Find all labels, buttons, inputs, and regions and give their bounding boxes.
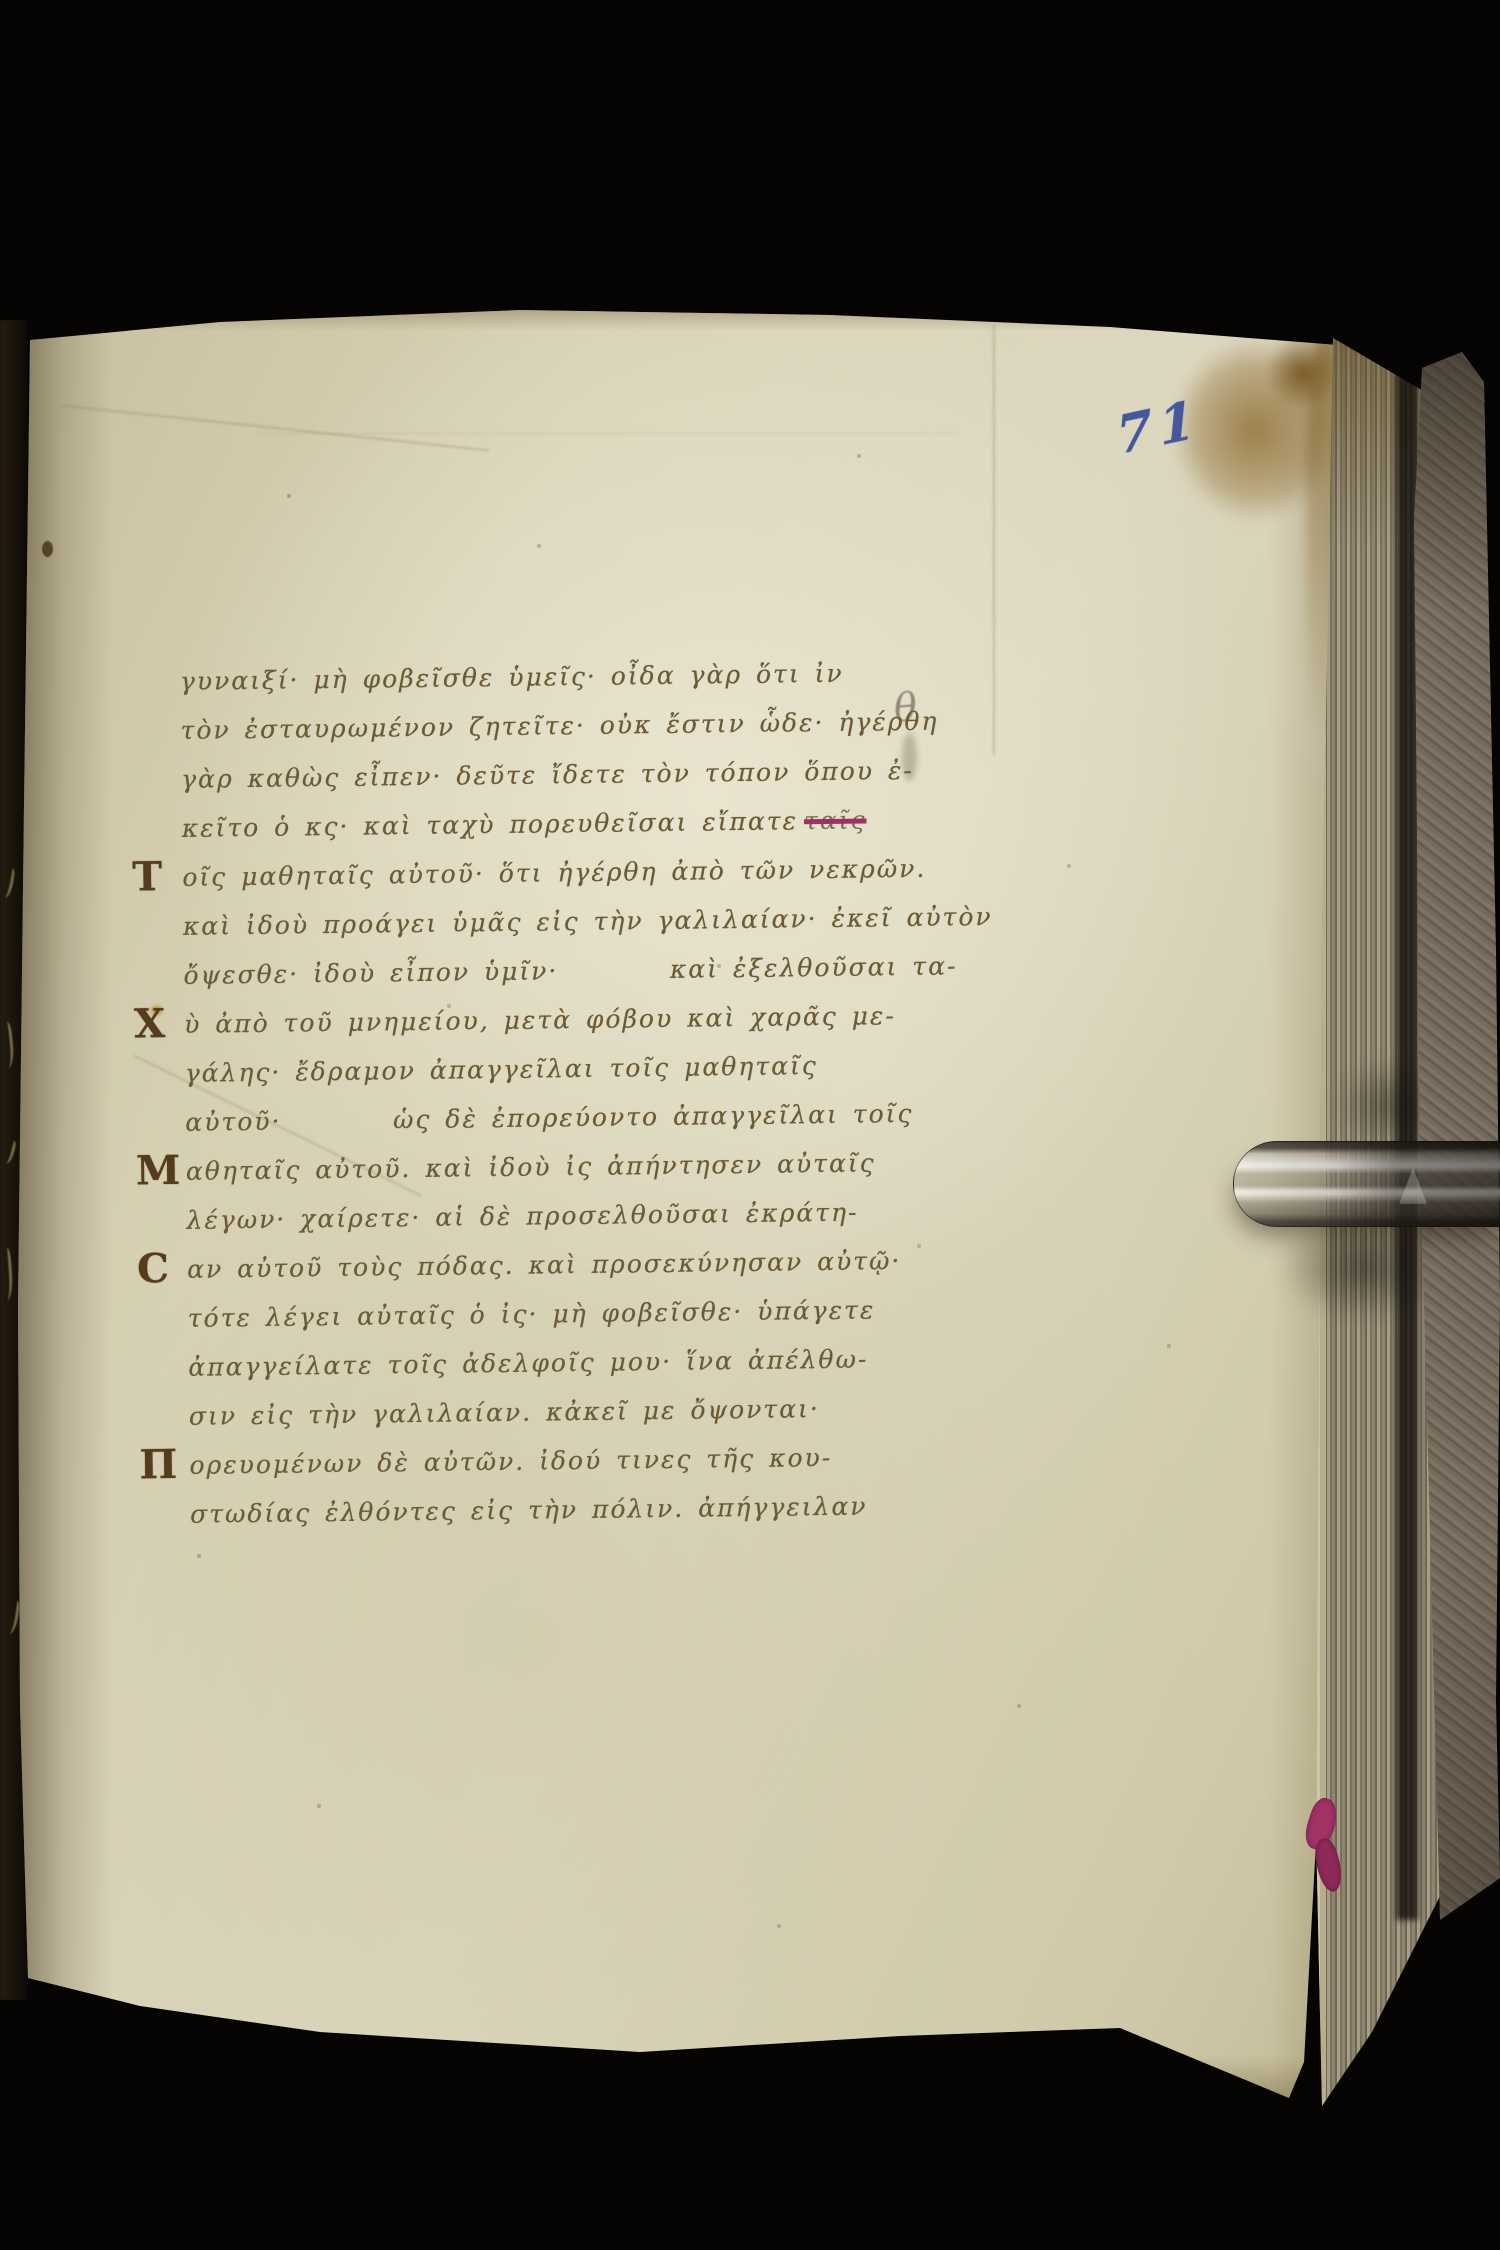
glass-reflection: [1399, 1168, 1427, 1204]
ruling-line: [258, 433, 958, 434]
glass-page-weight: [1233, 1141, 1500, 1227]
manuscript-text-block: γυναιξί· μὴ φοβεῖσθε ὑμεῖς· οἶδα γὰρ ὅτι…: [180, 647, 981, 1539]
line-text: οῖς μαθηταῖς αὐτοῦ· ὅτι ἠγέρθη ἀπὸ τῶν ν…: [182, 854, 926, 892]
line-initial: Μ: [136, 1149, 183, 1194]
binding-groove: [1396, 360, 1418, 1920]
parchment-crease: [61, 405, 489, 452]
line-text: λέγων· χαίρετε· αἱ δὲ προσελθοῦσαι ἐκράτ…: [186, 1198, 858, 1235]
line-text: ορευομένων δὲ αὐτῶν. ἰδού τινες τῆς κου-: [189, 1443, 832, 1480]
line-text: γυναιξί· μὴ φοβεῖσθε ὑμεῖς· οἶδα γὰρ ὅτι…: [180, 659, 844, 696]
photograph-black-background: 71 θ γυναιξί· μὴ φοβεῖσθε ὑμεῖς· οἶδα γὰ…: [0, 0, 1500, 2250]
line-text: ὺ ἀπὸ τοῦ μνημείου, μετὰ φόβου καὶ χαρᾶς…: [184, 1001, 896, 1039]
dark-spot: [42, 541, 53, 557]
line-initial: Ϲ: [137, 1247, 171, 1291]
line-initial: Τ: [132, 855, 164, 899]
line-text: ὄψεσθε· ἰδοὺ εἶπον ὑμῖν· καὶ ἐξελθοῦσαι …: [183, 951, 957, 989]
struck-word: ταῖς: [804, 805, 867, 835]
line-text: γὰρ καθὼς εἶπεν· δεῦτε ἴδετε τὸν τόπον ὅ…: [181, 756, 914, 794]
line-text: αθηταῖς αὐτοῦ. καὶ ἰδοὺ ἰς ἀπήντησεν αὐτ…: [186, 1148, 876, 1185]
line-text: στωδίας ἐλθόντες εἰς τὴν πόλιν. ἀπήγγειλ…: [190, 1492, 868, 1529]
line-text: τὸν ἐσταυρωμένον ζητεῖτε· οὐκ ἔστιν ὧδε·…: [180, 707, 938, 745]
line-initial: Χ: [134, 1002, 168, 1046]
ribbon-tail: [1311, 1836, 1346, 1894]
line-text: τότε λέγει αὐταῖς ὁ ἰς· μὴ φοβεῖσθε· ὑπά…: [188, 1295, 876, 1332]
manuscript-line: στωδίας ἐλθόντες εἰς τὴν πόλιν. ἀπήγγειλ…: [190, 1480, 981, 1539]
parchment-fold-line: [993, 325, 995, 755]
parchment-speckles: [18, 305, 20, 307]
line-text: κεῖτο ὁ κς· καὶ ταχὺ πορευθεῖσαι εἴπατε: [182, 806, 799, 843]
parchment-page: 71 θ γυναιξί· μὴ φοβεῖσθε ὑμεῖς· οἶδα γὰ…: [18, 305, 1348, 2110]
line-text: σιν εἰς τὴν γαλιλαίαν. κἀκεῖ με ὄψονται·: [189, 1394, 820, 1431]
line-text: αὐτοῦ· ὡς δὲ ἐπορεύοντο ἀπαγγεῖλαι τοῖς: [185, 1099, 913, 1137]
line-text: καὶ ἰδοὺ προάγει ὑμᾶς εἰς τὴν γαλιλαίαν·…: [183, 902, 993, 941]
folio-number: 71: [1114, 388, 1204, 467]
line-text: ἀπαγγείλατε τοῖς ἀδελφοῖς μου· ἵνα ἀπέλθ…: [188, 1344, 868, 1381]
line-text: αν αὐτοῦ τοὺς πόδας. καὶ προσεκύνησαν αὐ…: [187, 1246, 902, 1284]
line-initial: Π: [139, 1443, 179, 1487]
bookmark-ribbon: [1300, 1796, 1360, 1900]
line-text: γάλης· ἔδραμον ἀπαγγεῖλαι τοῖς μαθηταῖς: [185, 1051, 818, 1088]
